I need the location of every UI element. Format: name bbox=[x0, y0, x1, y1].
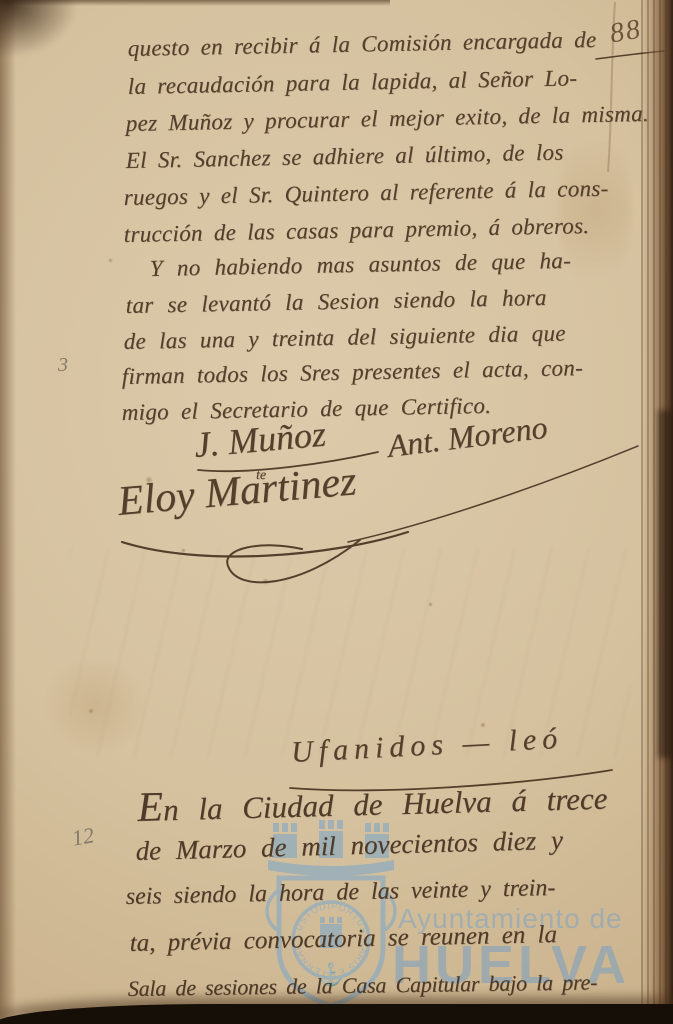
foxing-spot bbox=[108, 258, 113, 263]
book-bottom-edge bbox=[0, 1004, 673, 1024]
book-binding-shadow bbox=[658, 410, 673, 758]
margin-entry-number-3: 3 bbox=[58, 354, 68, 377]
session-heading: Ufanidos — leó bbox=[290, 722, 564, 770]
manuscript-line: ta, prévia convocatoria se reunen en la bbox=[129, 921, 557, 958]
foxing-spot bbox=[428, 602, 433, 607]
page-top-edge-shadow bbox=[0, 0, 390, 6]
paper-stain bbox=[40, 660, 150, 750]
manuscript-line: de las una y treinta del siguiente dia q… bbox=[124, 321, 566, 355]
margin-entry-number-12: 12 bbox=[70, 822, 96, 851]
foxing-spot bbox=[181, 548, 186, 553]
manuscript-line: El Sr. Sanchez se adhiere al último, de … bbox=[126, 140, 564, 174]
manuscript-line: trucción de las casas para premio, á obr… bbox=[124, 213, 590, 248]
signature-martinez: Eloy Martinez bbox=[116, 457, 358, 526]
manuscript-line: la recaudación para la lapida, al Señor … bbox=[128, 65, 578, 100]
manuscript-line: questo en recibir á la Comisión encargad… bbox=[128, 27, 597, 62]
manuscript-line: seis siendo la hora de las veinte y trei… bbox=[125, 875, 555, 911]
signature-flourish bbox=[227, 540, 360, 582]
manuscript-line: Sala de sesiones de la Casa Capitular ba… bbox=[128, 969, 598, 1002]
manuscript-line: firman todos los Sres presentes el acta,… bbox=[122, 355, 584, 390]
signature-flourish bbox=[122, 532, 408, 556]
foxing-spot bbox=[262, 578, 269, 585]
foxing-spot bbox=[88, 708, 94, 714]
manuscript-line: tar se levantó la Sesion siendo la hora bbox=[126, 285, 547, 319]
book-page-stack-edge bbox=[641, 0, 673, 1024]
manuscript-page: PORTUS MARIS ET TERRAE CUSTODIA ⚓ Ayunta… bbox=[0, 0, 673, 1024]
dark-corner bbox=[0, 0, 78, 58]
page-left-edge-shadow bbox=[0, 0, 16, 1024]
manuscript-line: Y no habiendo mas asuntos de que ha- bbox=[150, 248, 572, 282]
page-number-underline bbox=[596, 51, 664, 59]
manuscript-line: ruegos y el Sr. Quintero al referente á … bbox=[124, 176, 609, 211]
page-number: 88 bbox=[607, 13, 644, 50]
manuscript-line: de Marzo de mil novecientos diez y bbox=[135, 825, 563, 867]
manuscript-line: pez Muñoz y procurar el mejor exito, de … bbox=[126, 101, 650, 137]
manuscript-line: En la Ciudad de Huelva á trece bbox=[137, 772, 608, 832]
